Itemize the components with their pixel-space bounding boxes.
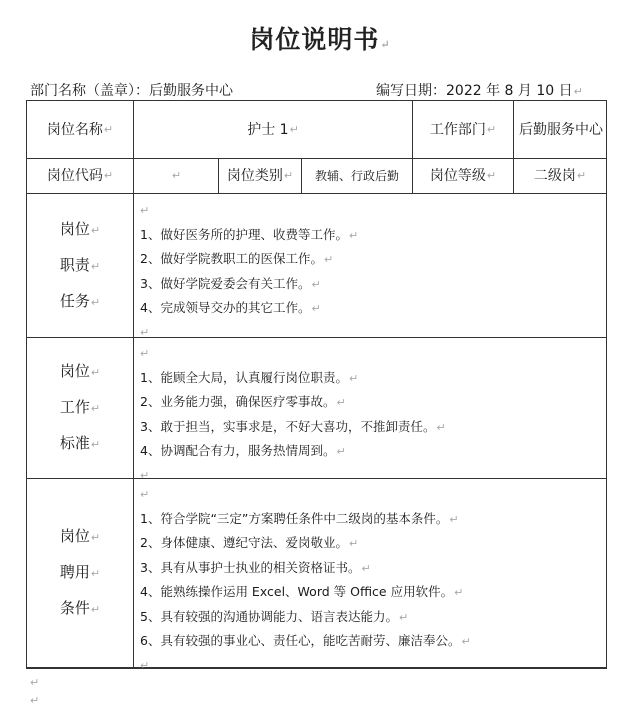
department-line: 部门名称（盖章）：后勤服务中心 <box>30 80 233 100</box>
paragraph-mark-icon: ↵ <box>91 260 100 273</box>
position-level-value-cell[interactable]: 二级岗↵ <box>514 159 606 193</box>
position-level-label-cell: 岗位等级↵ <box>413 159 513 193</box>
list-item: 4、协调配合有力，服务热情周到。↵ <box>140 439 446 464</box>
standards-label-line: 工作 <box>60 398 90 416</box>
paragraph-mark-icon: ↵ <box>91 531 100 544</box>
paragraph-mark-icon: ↵ <box>140 199 358 223</box>
paragraph-mark-icon: ↵ <box>140 321 358 345</box>
date-line: 编写日期：2022 年 8 月 10 日↵ <box>376 80 583 100</box>
list-item: 4、完成领导交办的其它工作。↵ <box>140 296 358 321</box>
standards-label-line: 岗位 <box>60 362 90 380</box>
paragraph-mark-icon: ↵ <box>574 85 583 98</box>
paragraph-mark-icon: ↵ <box>91 224 100 237</box>
duties-label-line: 职责 <box>60 256 90 274</box>
list-item: 2、业务能力强，确保医疗零事故。↵ <box>140 390 446 415</box>
position-code-label: 岗位代码 <box>47 165 103 187</box>
standards-label-cell: 岗位↵ 工作↵ 标准↵ <box>27 338 133 478</box>
department-label: 部门名称（盖章）： <box>30 83 149 99</box>
paragraph-mark-icon: ↵ <box>104 119 113 141</box>
title-text: 岗位说明书 <box>249 25 379 54</box>
list-item: 3、做好学院爱委会有关工作。↵ <box>140 272 358 297</box>
work-dept-value: 后勤服务中心 <box>519 119 603 141</box>
paragraph-mark-icon: ↵ <box>140 654 471 678</box>
position-name-label-cell: 岗位名称↵ <box>27 101 133 158</box>
work-dept-label: 工作部门 <box>430 119 486 141</box>
paragraph-mark-icon: ↵ <box>91 438 100 451</box>
paragraph-mark-icon: ↵ <box>30 676 39 689</box>
conditions-list[interactable]: ↵ 1、符合学院“三定”方案聘任条件中二级岗的基本条件。↵ 2、身体健康、遵纪守… <box>140 483 471 677</box>
position-category-label: 岗位类别 <box>227 165 283 187</box>
list-item: 6、具有较强的事业心、责任心，能吃苦耐劳、廉洁奉公。↵ <box>140 629 471 654</box>
paragraph-mark-icon: ↵ <box>30 694 39 707</box>
conditions-label-line: 岗位 <box>60 527 90 545</box>
document-title: 岗位说明书↵ <box>0 20 640 56</box>
duties-label-line: 任务 <box>60 292 90 310</box>
work-dept-value-cell[interactable]: 后勤服务中心 <box>518 101 604 158</box>
date-label: 编写日期： <box>376 83 446 99</box>
duties-label-line: 岗位 <box>60 220 90 238</box>
paragraph-mark-icon: ↵ <box>284 165 293 187</box>
paragraph-mark-icon: ↵ <box>91 567 100 580</box>
position-category-value: 教辅、行政后勤 <box>315 165 399 187</box>
list-item: 3、具有从事护士执业的相关资格证书。↵ <box>140 556 471 581</box>
list-item: 1、做好医务所的护理、收费等工作。↵ <box>140 223 358 248</box>
list-item: 5、具有较强的沟通协调能力、语言表达能力。↵ <box>140 605 471 630</box>
list-item: 4、能熟练操作运用 Excel、Word 等 Office 应用软件。↵ <box>140 580 471 605</box>
paragraph-mark-icon: ↵ <box>140 483 471 507</box>
paragraph-mark-icon: ↵ <box>91 603 100 616</box>
position-level-value: 二级岗 <box>534 165 576 187</box>
paragraph-mark-icon: ↵ <box>577 165 586 187</box>
duties-list[interactable]: ↵ 1、做好医务所的护理、收费等工作。↵ 2、做好学院教职工的医保工作。↵ 3、… <box>140 199 358 344</box>
paragraph-mark-icon: ↵ <box>487 119 496 141</box>
list-item: 1、符合学院“三定”方案聘任条件中二级岗的基本条件。↵ <box>140 507 471 532</box>
paragraph-mark-icon: ↵ <box>104 165 113 187</box>
paragraph-mark-icon: ↵ <box>487 165 496 187</box>
position-name-value: 护士 1 <box>247 119 288 141</box>
position-category-value-cell[interactable]: 教辅、行政后勤 <box>302 159 412 193</box>
paragraph-mark-icon: ↵ <box>380 38 390 51</box>
paragraph-mark-icon: ↵ <box>140 342 446 366</box>
paragraph-mark-icon: ↵ <box>172 165 181 187</box>
list-item: 1、能顾全大局，认真履行岗位职责。↵ <box>140 366 446 391</box>
position-name-label: 岗位名称 <box>47 119 103 141</box>
table-border <box>606 100 607 669</box>
list-item: 2、身体健康、遵纪守法、爱岗敬业。↵ <box>140 531 471 556</box>
standards-list[interactable]: ↵ 1、能顾全大局，认真履行岗位职责。↵ 2、业务能力强，确保医疗零事故。↵ 3… <box>140 342 446 487</box>
paragraph-mark-icon: ↵ <box>91 366 100 379</box>
position-level-label: 岗位等级 <box>430 165 486 187</box>
department-value: 后勤服务中心 <box>149 83 233 99</box>
position-category-label-cell: 岗位类别↵ <box>219 159 301 193</box>
work-dept-label-cell: 工作部门↵ <box>413 101 513 158</box>
conditions-label-line: 条件 <box>60 599 90 617</box>
list-item: 2、做好学院教职工的医保工作。↵ <box>140 247 358 272</box>
paragraph-mark-icon: ↵ <box>91 402 100 415</box>
conditions-label-cell: 岗位↵ 聘用↵ 条件↵ <box>27 479 133 667</box>
paragraph-mark-icon: ↵ <box>91 296 100 309</box>
list-item: 3、敢于担当，实事求是，不好大喜功，不推卸责任。↵ <box>140 415 446 440</box>
position-name-value-cell[interactable]: 护士 1↵ <box>134 101 412 158</box>
date-value: 2022 年 8 月 10 日 <box>446 83 573 99</box>
duties-label-cell: 岗位↵ 职责↵ 任务↵ <box>27 194 133 337</box>
paragraph-mark-icon: ↵ <box>290 119 299 141</box>
position-code-value-cell[interactable]: ↵ <box>134 159 218 193</box>
position-code-label-cell: 岗位代码↵ <box>27 159 133 193</box>
standards-label-line: 标准 <box>60 434 90 452</box>
conditions-label-line: 聘用 <box>60 563 90 581</box>
